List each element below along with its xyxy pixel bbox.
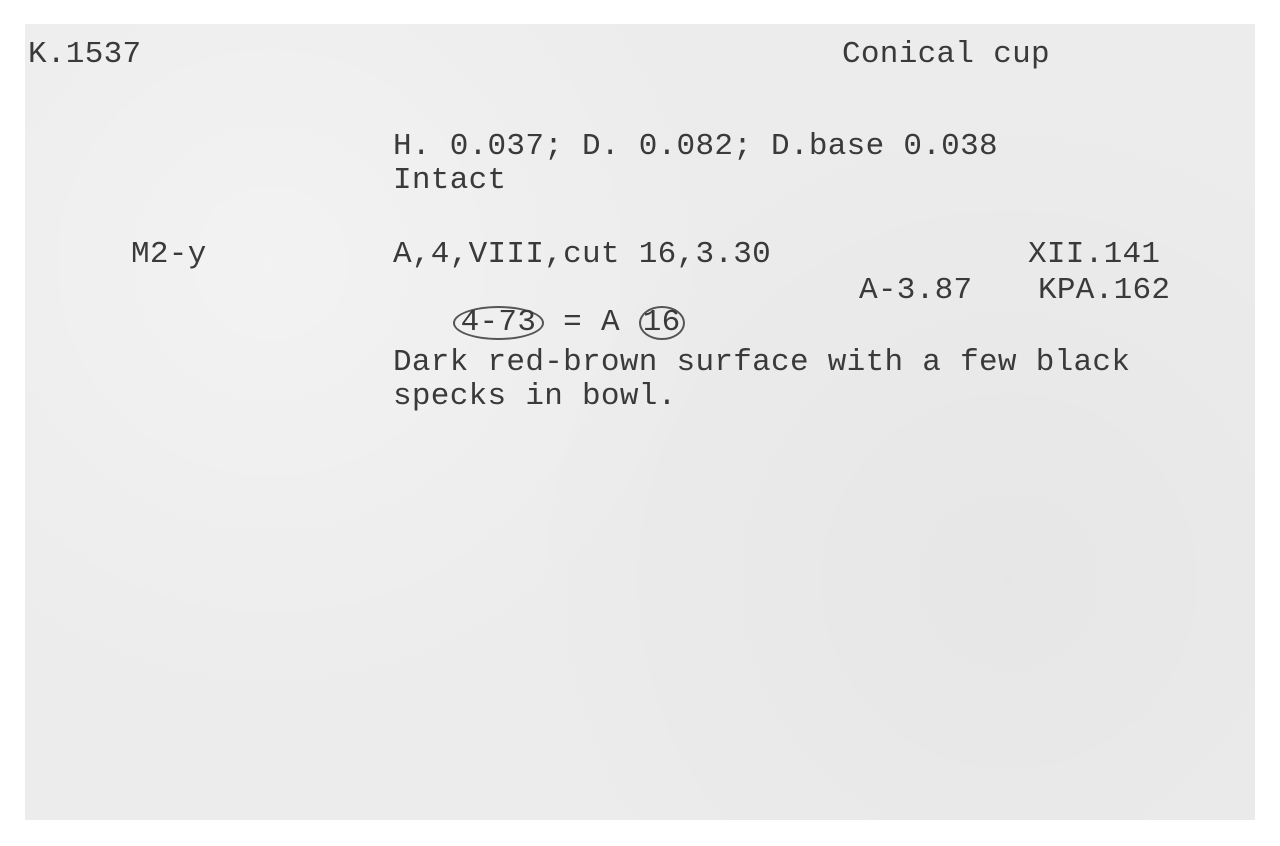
description-line-2: specks in bowl.	[393, 380, 677, 414]
location-code: M2-y	[131, 238, 207, 272]
catalog-number: K.1537	[28, 38, 141, 72]
reference-right-2: KPA.162	[1038, 274, 1170, 308]
provenance-line-1: A,4,VIII,cut 16,3.30	[393, 238, 771, 272]
circled-number: 16	[639, 306, 685, 340]
condition: Intact	[393, 164, 506, 198]
description-line-1: Dark red-brown surface with a few black	[393, 346, 1130, 380]
equals-text: = A	[563, 305, 620, 340]
reference-right-1: XII.141	[1028, 238, 1160, 272]
circled-reference: 4-73	[453, 306, 545, 340]
inventory-reference: A-3.87	[859, 274, 972, 308]
dimensions: H. 0.037; D. 0.082; D.base 0.038	[393, 130, 998, 164]
object-type: Conical cup	[842, 38, 1050, 72]
catalog-card: K.1537 Conical cup H. 0.037; D. 0.082; D…	[25, 24, 1255, 820]
